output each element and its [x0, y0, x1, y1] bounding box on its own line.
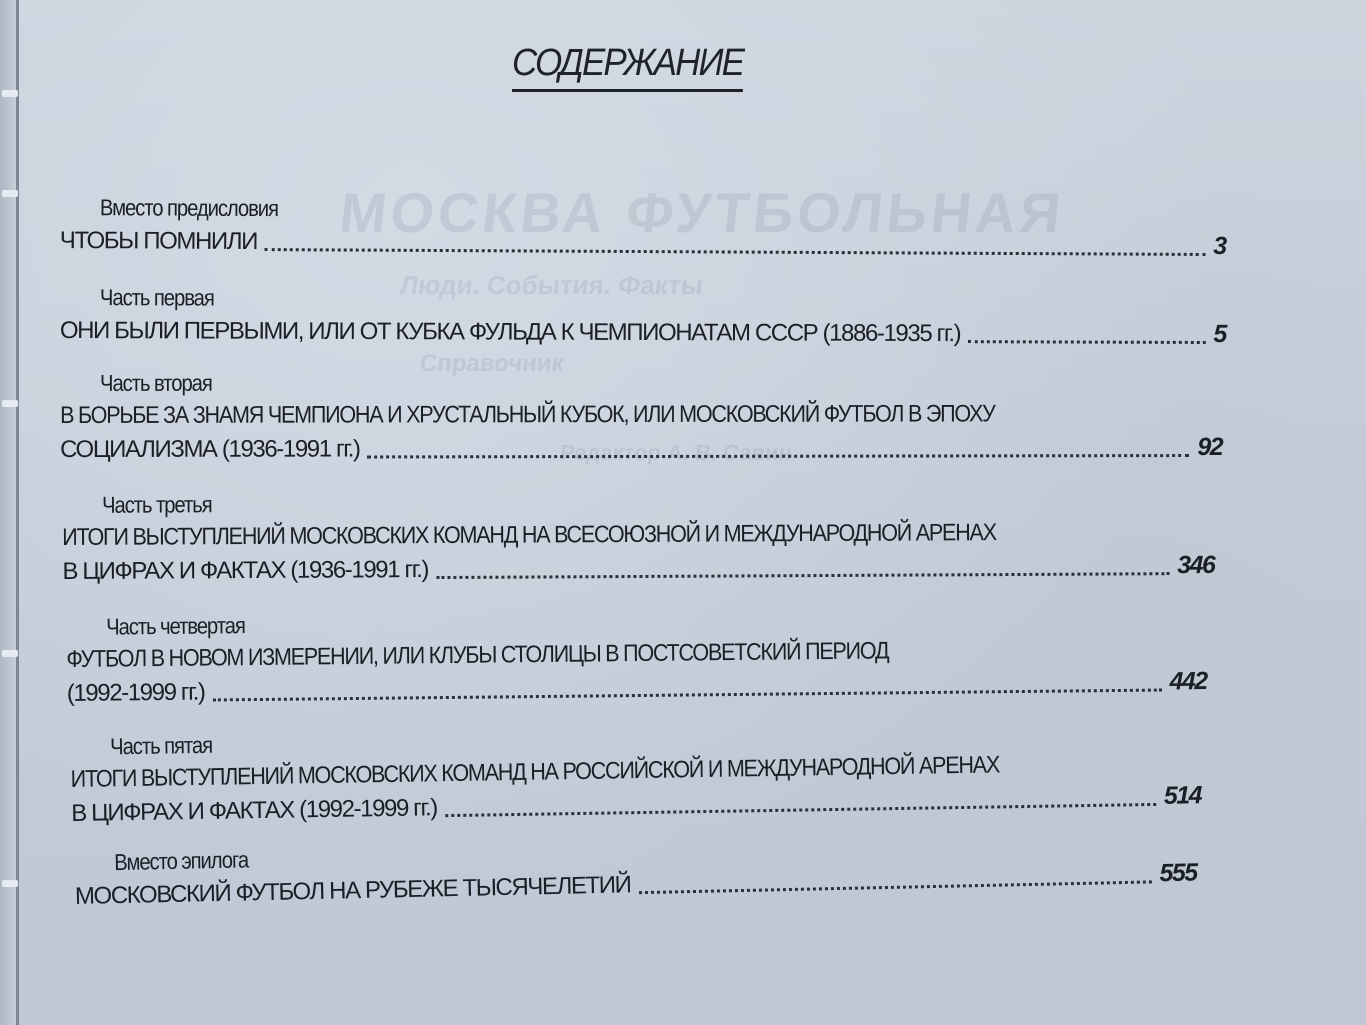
page-number: 442	[1169, 669, 1206, 694]
part-label: Часть четвертая	[106, 605, 1074, 638]
entry-leader-row: (1992-1999 гг.)442	[67, 669, 1207, 706]
page-binding	[0, 0, 19, 1025]
binding-stitch	[2, 880, 18, 887]
toc-entry: Вместо предисловияЧТОБЫ ПОМНИЛИ3	[60, 196, 1226, 259]
dot-leader	[445, 803, 1156, 817]
entry-title-line: В ЦИФРАХ И ФАКТАХ (1936-1991 гг.)	[62, 558, 428, 584]
entry-title-line: (1992-1999 гг.)	[67, 681, 205, 706]
entry-title-line: ФУТБОЛ В НОВОМ ИЗМЕРЕНИИ, ИЛИ КЛУБЫ СТОЛ…	[66, 637, 1092, 672]
toc-entry: Часть третьяИТОГИ ВЫСТУПЛЕНИЙ МОСКОВСКИХ…	[62, 488, 1214, 584]
entry-title-line: МОСКОВСКИЙ ФУТБОЛ НА РУБЕЖЕ ТЫСЯЧЕЛЕТИЙ	[75, 873, 631, 909]
page-number: 3	[1213, 234, 1226, 259]
dot-leader	[265, 248, 1205, 256]
toc-entry: Часть четвертаяФУТБОЛ В НОВОМ ИЗМЕРЕНИИ,…	[66, 604, 1207, 706]
dot-leader	[639, 880, 1152, 894]
book-page: МОСКВА ФУТБОЛЬНАЯ Люди. События. Факты С…	[0, 0, 1366, 1025]
toc-entry: Часть перваяОНИ БЫЛИ ПЕРВЫМИ, ИЛИ ОТ КУБ…	[60, 286, 1226, 347]
dot-leader	[368, 454, 1190, 458]
binding-stitch	[2, 650, 18, 657]
entry-leader-row: В ЦИФРАХ И ФАКТАХ (1936-1991 гг.)346	[62, 553, 1214, 584]
entry-title-line: СОЦИАЛИЗМА (1936-1991 гг.)	[60, 437, 359, 462]
page-number: 92	[1197, 435, 1222, 460]
page-number: 555	[1159, 860, 1197, 886]
entry-title-line: ЧТОБЫ ПОМНИЛИ	[60, 229, 257, 254]
page-number: 5	[1213, 322, 1225, 347]
dot-leader	[968, 340, 1205, 344]
binding-stitch	[2, 190, 18, 197]
toc-entry: Часть пятаяИТОГИ ВЫСТУПЛЕНИЙ МОСКОВСКИХ …	[70, 718, 1201, 826]
part-label: Часть вторая	[100, 370, 1087, 395]
entry-leader-row: СОЦИАЛИЗМА (1936-1991 гг.)92	[60, 435, 1222, 462]
entry-title-line: В БОРЬБЕ ЗА ЗНАМЯ ЧЕМПИОНА И ХРУСТАЛЬНЫЙ…	[60, 402, 1106, 428]
entry-title-line: ИТОГИ ВЫСТУПЛЕНИЙ МОСКОВСКИХ КОМАНД НА В…	[62, 521, 1099, 550]
toc-entry: Вместо эпилогаМОСКОВСКИЙ ФУТБОЛ НА РУБЕЖ…	[74, 829, 1197, 909]
page-number: 514	[1164, 783, 1202, 809]
part-label: Часть первая	[100, 286, 1091, 312]
dot-leader	[213, 689, 1162, 702]
contents-heading: СОДЕРЖАНИЕ	[512, 42, 743, 92]
entry-title-line: ОНИ БЫЛИ ПЕРВЫМИ, ИЛИ ОТ КУБКА ФУЛЬДА К …	[60, 319, 960, 346]
part-label: Вместо предисловия	[100, 196, 1091, 224]
part-label: Часть третья	[102, 489, 1081, 517]
entry-title-line: ИТОГИ ВЫСТУПЛЕНИЙ МОСКОВСКИХ КОМАНД НА Р…	[71, 752, 1088, 792]
dot-leader	[436, 572, 1169, 579]
entry-leader-row: ОНИ БЫЛИ ПЕРВЫМИ, ИЛИ ОТ КУБКА ФУЛЬДА К …	[60, 318, 1226, 347]
binding-stitch	[2, 400, 18, 407]
entry-title-line: В ЦИФРАХ И ФАКТАХ (1992-1999 гг.)	[71, 796, 437, 826]
entry-leader-row: ЧТОБЫ ПОМНИЛИ3	[60, 228, 1226, 259]
page-number: 346	[1177, 553, 1214, 578]
toc-entry: Часть втораяВ БОРЬБЕ ЗА ЗНАМЯ ЧЕМПИОНА И…	[60, 370, 1222, 462]
binding-stitch	[2, 90, 18, 97]
